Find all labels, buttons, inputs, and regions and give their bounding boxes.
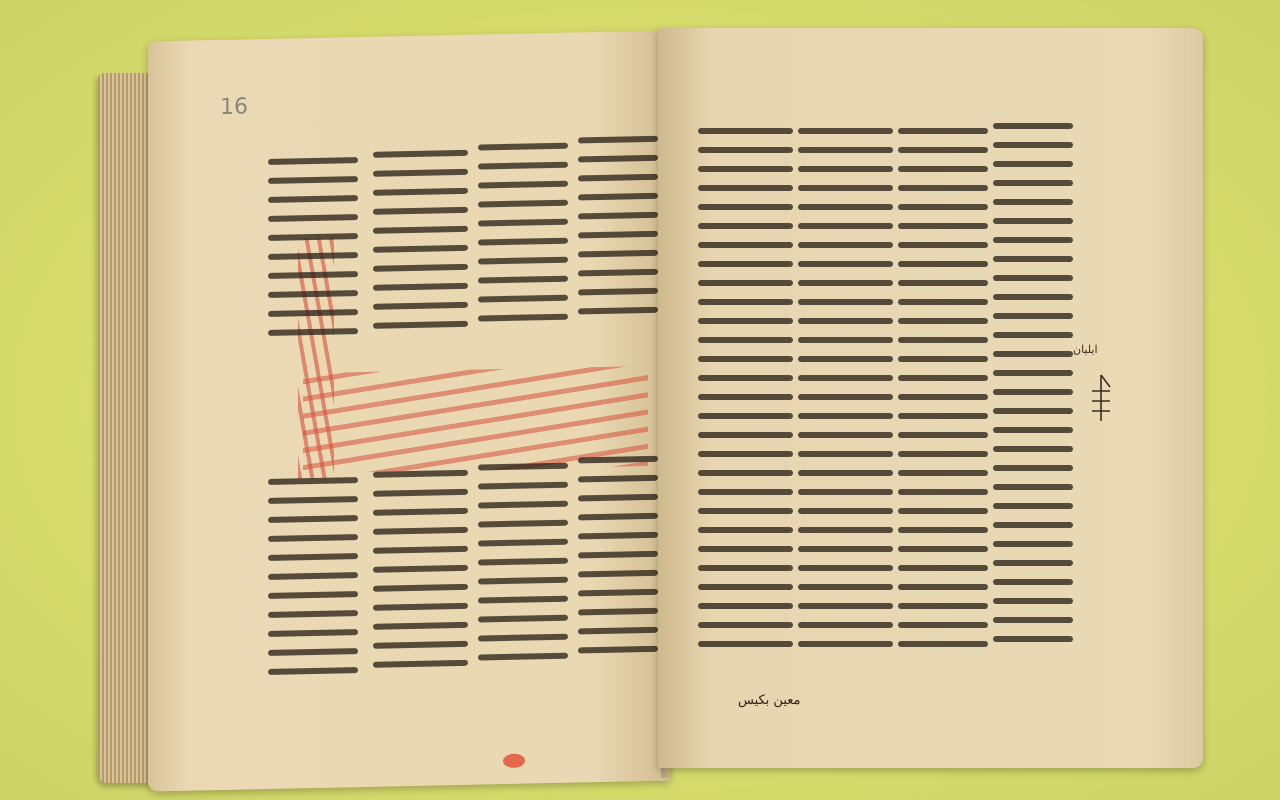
text-column (578, 456, 658, 654)
left-page: 16 (148, 31, 670, 792)
text-column (478, 463, 568, 661)
folio-number: 16 (220, 94, 248, 120)
text-column (698, 128, 793, 647)
text-column (373, 150, 468, 329)
text-column (798, 128, 893, 647)
text-column (268, 157, 358, 336)
text-column (478, 143, 568, 322)
text-column (268, 477, 358, 675)
margin-note: ایلیان (1073, 343, 1098, 356)
catchword: معین بکیس (738, 693, 800, 708)
manuscript-book: 16 (98, 28, 1208, 788)
text-column (993, 123, 1073, 642)
right-page (658, 28, 1203, 768)
red-stain (503, 754, 525, 768)
tally-mark-icon (1088, 373, 1114, 423)
text-column (373, 470, 468, 668)
text-column (578, 136, 658, 315)
text-column (898, 128, 988, 647)
